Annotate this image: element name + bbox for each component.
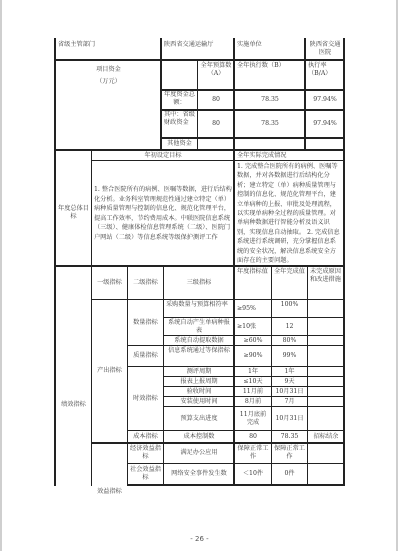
group-quantity: 数量指标	[128, 300, 163, 345]
annual-goal-label: 年度总体目标	[56, 161, 91, 265]
indicator-actual: 0件	[272, 464, 307, 484]
planned-goal-header: 年初设定目标	[92, 151, 234, 160]
indicator-name: 预算支出进度	[164, 407, 234, 430]
indicator-actual: 保障正常工作	[272, 443, 307, 463]
border-line	[54, 59, 345, 61]
funds-label-text: 项目资金	[58, 64, 159, 76]
indicator-target: ＜10件	[235, 464, 271, 484]
dept-value: 陕西省交通运输厅	[162, 40, 234, 58]
border-line	[127, 430, 345, 431]
border-line	[127, 345, 345, 346]
indicator-target: ≥95%	[235, 300, 271, 317]
funds-row-label: 其他资金	[162, 139, 197, 149]
border-line	[91, 150, 92, 486]
header-actual: 全年完成值	[272, 267, 307, 299]
border-line	[160, 89, 345, 91]
indicator-actual: 7月	[272, 397, 307, 406]
group-timeliness: 时效指标	[128, 367, 163, 430]
group-output: 产出指标	[92, 300, 127, 442]
funds-row-rate: 97.94%	[306, 110, 344, 137]
group-economic: 经济效益指标	[128, 443, 163, 463]
indicator-name: 成本控制数	[164, 431, 234, 442]
funds-row-label: 其中：省级财政资金	[162, 110, 197, 137]
indicator-target: ≥90%	[235, 346, 271, 366]
border-line	[163, 335, 345, 336]
border-line	[91, 160, 345, 161]
indicator-name: 信息系统通过等保指标	[164, 346, 234, 366]
funds-row-budget: 80	[198, 110, 234, 137]
funds-row-label: 年度资金总额：	[162, 90, 197, 109]
indicator-actual: 9天	[272, 377, 307, 386]
border-line	[163, 376, 345, 377]
funds-row-exec: 78.35	[235, 110, 305, 137]
border-line	[304, 38, 306, 150]
page-number: - 26 -	[0, 535, 399, 543]
header-reason: 未完成原因和改进措施	[308, 267, 344, 299]
indicator-actual: 78.35	[272, 431, 307, 442]
funds-label: 项目资金 （万元）	[56, 63, 161, 87]
border-line	[91, 442, 345, 444]
indicator-actual: 100%	[272, 300, 307, 317]
indicator-actual: 12	[272, 318, 307, 335]
indicator-actual: 1年	[272, 367, 307, 376]
indicator-actual: 80%	[272, 336, 307, 345]
indicator-name: 网络安全事件发生数	[164, 464, 234, 484]
actual-goal-header: 全年实际完成情况	[235, 151, 344, 160]
indicator-reason: 招标结余	[308, 431, 344, 442]
indicator-name: 报表上报周期	[164, 377, 234, 386]
funds-row-budget: 80	[198, 90, 234, 109]
indicator-target: ≤10天	[235, 377, 271, 386]
indicator-actual: 10月31日	[272, 387, 307, 396]
funds-row-rate: 97.94%	[306, 90, 344, 109]
border-line	[127, 463, 345, 464]
page-edge-right	[396, 0, 398, 551]
col-exec-header: 全年执行数（B）	[235, 61, 305, 71]
border-line	[54, 265, 345, 267]
border-line	[160, 38, 162, 150]
indicator-name: 采购数量与预算相符率	[164, 300, 234, 317]
dept-label: 省级主管部门	[56, 40, 161, 58]
border-line	[163, 317, 345, 318]
border-line	[160, 137, 345, 139]
border-line	[163, 406, 345, 407]
unit-value: 陕西省交通医院	[306, 40, 344, 60]
indicator-name: 满足办公应用	[164, 443, 234, 463]
funds-unit-text: （万元）	[58, 76, 159, 87]
performance-label: 绩效指标	[56, 300, 91, 510]
border-line	[343, 38, 345, 486]
border-line	[163, 386, 345, 387]
indicator-target: 11月底前完成	[235, 407, 271, 430]
header-level3: 三级指标	[164, 267, 234, 299]
group-cost: 成本指标	[128, 431, 163, 442]
funds-row-exec: 78.35	[235, 90, 305, 109]
header-level2: 二级指标	[128, 267, 163, 299]
indicator-target: 8月前	[235, 397, 271, 406]
border-line	[163, 396, 345, 397]
group-benefit: 效益指标	[92, 443, 127, 510]
header-level1: 一级指标	[92, 267, 127, 299]
col-budget-header: 全年预算数（A）	[198, 61, 234, 89]
group-quality: 质量指标	[128, 346, 163, 366]
indicator-name: 验收时间	[164, 387, 234, 396]
col-rate-header: 执行率（B/A）	[306, 61, 344, 81]
group-benefit-text: 效益指标	[97, 488, 122, 496]
indicator-actual: 99%	[272, 346, 307, 366]
border-line	[127, 484, 345, 486]
indicator-target: 1年	[235, 367, 271, 376]
border-line	[54, 38, 56, 486]
unit-label: 实施单位	[235, 40, 305, 58]
border-line	[54, 149, 345, 151]
planned-goal-text: 1. 整合医院所有的病例、医嘱等数据，进行后结构化分析。业务科室管理规范性通过建…	[92, 184, 234, 264]
indicator-name: 安装使用时间	[164, 397, 234, 406]
border-line	[160, 109, 345, 111]
group-social: 社会效益指标	[128, 464, 163, 484]
indicator-target: ≥10张	[235, 318, 271, 335]
page-edge-left	[0, 0, 2, 551]
indicator-target: 保障正常工作	[235, 443, 271, 463]
indicator-actual: 10月31日	[272, 407, 307, 430]
actual-goal-text: 1. 完成整合医院所有的病例、医嘱等数据，并对各数据进行后结构化分析；建立特定（…	[235, 161, 344, 265]
border-line	[127, 366, 345, 367]
header-target: 年度指标值	[235, 267, 271, 299]
border-line	[233, 38, 235, 486]
indicator-name: 系统自动提取数据	[164, 336, 234, 345]
indicator-target: 80	[235, 431, 271, 442]
border-line	[91, 299, 345, 300]
indicator-name: 系统自动产生单病种报表	[164, 318, 234, 335]
indicator-name: 测评周期	[164, 367, 234, 376]
indicator-target: 11月前	[235, 387, 271, 396]
indicator-target: ≥60%	[235, 336, 271, 345]
